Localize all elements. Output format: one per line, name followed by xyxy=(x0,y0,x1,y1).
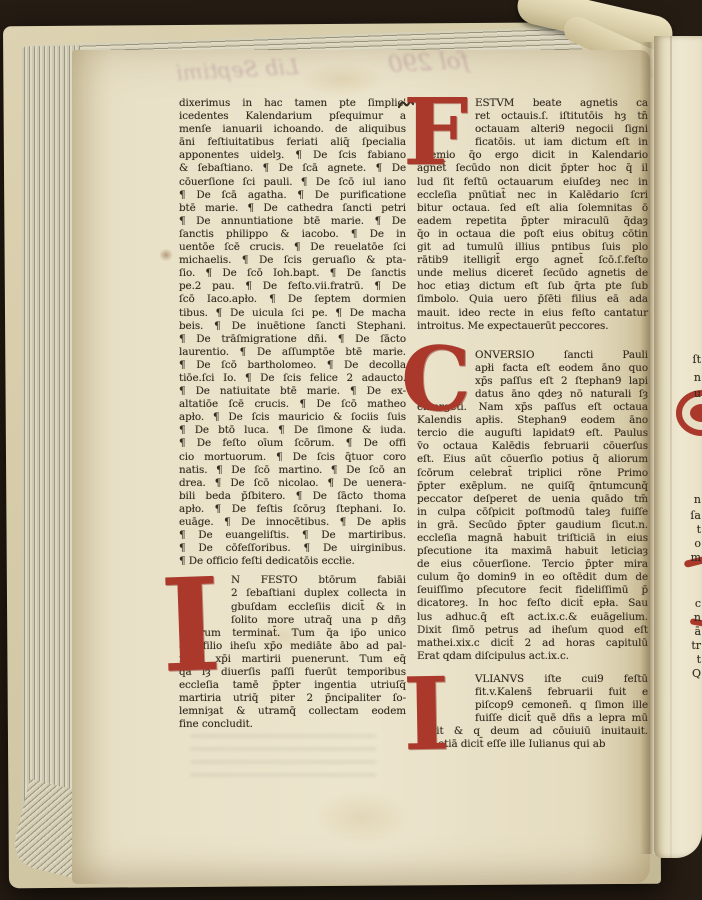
next-page-text-fragment: ſa xyxy=(690,510,701,522)
text-line: peccator deſperet de uenia quādo tm̄ xyxy=(417,493,648,506)
text-line: ſimbolo. Quia uero p̄ſēti filius eā ada xyxy=(417,293,648,306)
text-line: rātib9 itelligit̄ ergo agnet̄ ſcō.ſ.feſt… xyxy=(417,254,648,267)
text-line: mauit. ideo recte in eius feſto cantatur xyxy=(417,307,648,320)
ghost-handwriting-right: fol 290 xyxy=(387,48,469,78)
ink-bleedthrough xyxy=(190,732,376,776)
book-page: Lib Septimi fol 290 dixerimus in hac tam… xyxy=(72,50,650,884)
text-line: in grā. Secūdo p̄pter gaudium ſicut.n. xyxy=(417,519,648,532)
text-line: eccleſia magnā habuit triſticiā in eius xyxy=(417,532,648,545)
text-line: ¶ De natiuitate btē marie. ¶ De ex- xyxy=(179,385,406,398)
text-line: ¶ De annuntiatione btē marie. ¶ De xyxy=(179,215,406,228)
text-line: eſt. Eius aūt cōuerſio potius q̄ aliorum xyxy=(417,453,648,466)
festum-paragraph: F ESTVM beate agnetis caret octauis.ſ. i… xyxy=(417,97,648,333)
next-page-text-fragment: n xyxy=(694,612,701,624)
text-line: cōuerſione ſci pauli. ¶ De ſcō iul iano xyxy=(179,176,406,189)
calendar-list-paragraph: dixerimus in hac tamen pte ſimplic'icede… xyxy=(179,97,406,568)
rubricated-initial-F: F xyxy=(403,90,468,175)
text-line: āni feſtiuitatibus feriati aliq̄ ſpecial… xyxy=(179,136,406,149)
text-line: btē marie. ¶ De cathedra ſancti petri xyxy=(179,202,406,215)
next-page-text-fragment: ſt xyxy=(693,354,702,366)
text-line: apło. ¶ De feſtis ſcōruȝ ſtephani. Io. xyxy=(179,503,406,516)
text-line: Erat qdam diſcipulus act.ix.c. xyxy=(417,650,648,663)
text-line: fuiſſe dicit̄ quē dñs a lepra mū xyxy=(417,712,648,725)
text-line: in culpa cōſpicit poſtmodū taleȝ fuiſſe xyxy=(417,506,648,519)
text-line: ſcōrum celebrat̄ triplici rōne Primo xyxy=(417,467,648,480)
text-line: apło. ¶ De ſcis mauricio & ſociis ſuis xyxy=(179,411,406,424)
text-line: hoc etiaȝ dictum eſt ſub q̄rta pte ſub xyxy=(417,280,648,293)
text-line: & ſebaſtiano. ¶ De ſcā agnete. ¶ De xyxy=(179,162,406,175)
text-line: fit.v.Kalens̄ februarii fuit e xyxy=(417,686,648,699)
text-line: eccleſia pnūtiat̄ nec in Kalēdario ſcri xyxy=(417,189,648,202)
rubricated-initial-I-iulianus: I xyxy=(402,668,450,761)
text-line: cio mortuorum. ¶ De ſcis q̄tuor coro xyxy=(179,451,406,464)
text-line: lemniȝat & utramq̄ collectam eodem xyxy=(179,705,406,718)
ghost-handwriting-left: Lib Septimi xyxy=(175,55,299,85)
text-line: mathei.xix.c dicit̄ 2 ad horas capitulū xyxy=(417,637,648,650)
text-line: v̄o octaua Kalēdis februarii cōuerſus xyxy=(417,440,648,453)
page-fold-line xyxy=(670,36,672,858)
text-line: VLIANVS iſte cui9 feſtū xyxy=(417,673,648,686)
rubricated-initial-C: C xyxy=(401,339,471,420)
text-line: beis. ¶ De inuētione ſancti Stephani. xyxy=(179,320,406,333)
text-line: de eius cōuerſione. Tercio p̄pter mira xyxy=(417,558,648,571)
text-line: lus adhuc.q̄ eſt act.ix.c.& euāgelium. xyxy=(417,611,648,624)
next-page-text-fragment: tr xyxy=(691,640,701,652)
text-line: ſanctis philippo & iacobo. ¶ De in xyxy=(179,228,406,241)
text-line: pſecutione ita maximā habuit leticiaȝ xyxy=(417,545,648,558)
book-photograph: Lib Septimi fol 290 dixerimus in hac tam… xyxy=(0,0,702,900)
text-line: dixerimus in hac tamen pte ſimplic' xyxy=(179,97,406,110)
text-line: p̄pter exēplum. ne quiſq̄ q̄ntumcunq̄ xyxy=(417,480,648,493)
text-line: bili beda p̄ſbitero. ¶ De ſācto thoma xyxy=(179,490,406,503)
next-page-text-fragment: c xyxy=(695,598,701,610)
next-page-text-fragment: ā xyxy=(694,626,701,638)
rubricated-initial-I-festo: I xyxy=(159,567,223,687)
text-line: ¶ De feſto oīum ſcōrum. ¶ De offi xyxy=(179,437,406,450)
text-line: tiōe.ſci Io. ¶ De ſcis felice 2 adaucto. xyxy=(179,372,406,385)
text-line: ¶ De trāſmigratione dñi. ¶ De ſācto xyxy=(179,333,406,346)
text-line: bitur octaua. ſed eſt alia ſolemnitas ō xyxy=(417,202,648,215)
text-line: natis. ¶ De ſcō martino. ¶ De ſcō an xyxy=(179,464,406,477)
next-page-sliver: ſtnunſatomcnātrtQ xyxy=(654,36,702,858)
next-page-text-fragment: n xyxy=(694,372,701,384)
next-page-text-fragment: t xyxy=(697,524,701,536)
left-text-column: dixerimus in hac tamen pte ſimplic'icede… xyxy=(179,97,406,732)
next-page-text-fragment: u xyxy=(694,388,701,400)
text-line: laurentio. ¶ De aſſumptōe btē marie. xyxy=(179,346,406,359)
text-line: unde melius diceret̄ ſecūdo agnetis de xyxy=(417,267,648,280)
text-line: git ad tumulū illius pntibus ſuis plo xyxy=(417,241,648,254)
next-page-text-fragment: n xyxy=(694,494,701,506)
text-line: apponentes uidelȝ. ¶ De ſcis fabiano xyxy=(179,149,406,162)
text-line: ¶ De ſcā agatha. ¶ De purificatione xyxy=(179,189,406,202)
next-page-text-fragment: m xyxy=(691,552,701,564)
text-line: menſe ianuarii ichoando. de aliquibus xyxy=(179,123,406,136)
text-line: uentōe ſcē crucis. ¶ De reuelatōe ſci xyxy=(179,241,406,254)
text-line: eadem repetita p̄pter miraculū q̄daȝ xyxy=(417,215,648,228)
text-line: piſcop9 cemoneñ. q ſimon ille xyxy=(417,699,648,712)
text-line: altatiōe ſcē crucis. ¶ De ſcō matheo xyxy=(179,398,406,411)
in-festo-paragraph: I N FESTO btōrum fabiāi2 ſebaſtiani dupl… xyxy=(179,574,406,731)
text-line: michaelis. ¶ De ſcis geruaſio & pta- xyxy=(179,254,406,267)
text-line: ¶ De btō luca. ¶ De ſimone & iuda. xyxy=(179,424,406,437)
text-line: icedentes Kalendarium pſequimur a xyxy=(179,110,406,123)
text-line: euāge. ¶ De innocētibus. ¶ De apłis xyxy=(179,516,406,529)
text-line: tibus. ¶ De uicula ſci pe. ¶ De macha xyxy=(179,307,406,320)
text-line: dicatoreȝ. In hoc feſto dicit̄ epła. Sau xyxy=(417,597,648,610)
text-line: ſcō Iaco.apło. ¶ De ſeptem dormien xyxy=(179,293,406,306)
text-line: q̄o in octaua die poſt eius obituȝ cōtin xyxy=(417,228,648,241)
right-text-column: F ESTVM beate agnetis caret octauis.ſ. i… xyxy=(417,97,648,752)
text-line: ſeuiſſimo pſecutore fecit fideliſſimū p̄ xyxy=(417,584,648,597)
text-line: ſio. ¶ De ſcō Ioh.bapt. ¶ De ſanctis xyxy=(179,267,406,280)
text-line: fine concludit. xyxy=(179,718,406,731)
text-line: Hic etiā dicit̄ eſſe ille Iulianus qui a… xyxy=(417,738,648,751)
text-line: pe.2 pau. ¶ De feſto.vii.fratrū. ¶ De xyxy=(179,280,406,293)
text-line: ¶ De euangeliſtis. ¶ De martiribus. xyxy=(179,529,406,542)
text-line: dauit & q deum ad cōuiuiū inuitauit. xyxy=(417,725,648,738)
text-line: Dixit ſimō petrus ad iheſum quod eſt xyxy=(417,624,648,637)
iulianus-paragraph: I VLIANVS iſte cui9 feſtūfit.v.Kalens̄ f… xyxy=(417,673,648,752)
next-page-text-fragment: Q xyxy=(692,668,701,680)
text-line: drea. ¶ De ſcō nicolao. ¶ De uenera- xyxy=(179,477,406,490)
text-line: culum q̄o domin9 in eo oſtēdit dum de xyxy=(417,571,648,584)
conversio-paragraph: C ONVERSIO ſancti Pauliapłi facta eſt eo… xyxy=(417,349,648,663)
next-page-text-fragment: t xyxy=(697,654,701,666)
text-line: ¶ De ſcō bartholomeo. ¶ De decolla xyxy=(179,359,406,372)
next-page-text-fragment: o xyxy=(694,538,701,550)
